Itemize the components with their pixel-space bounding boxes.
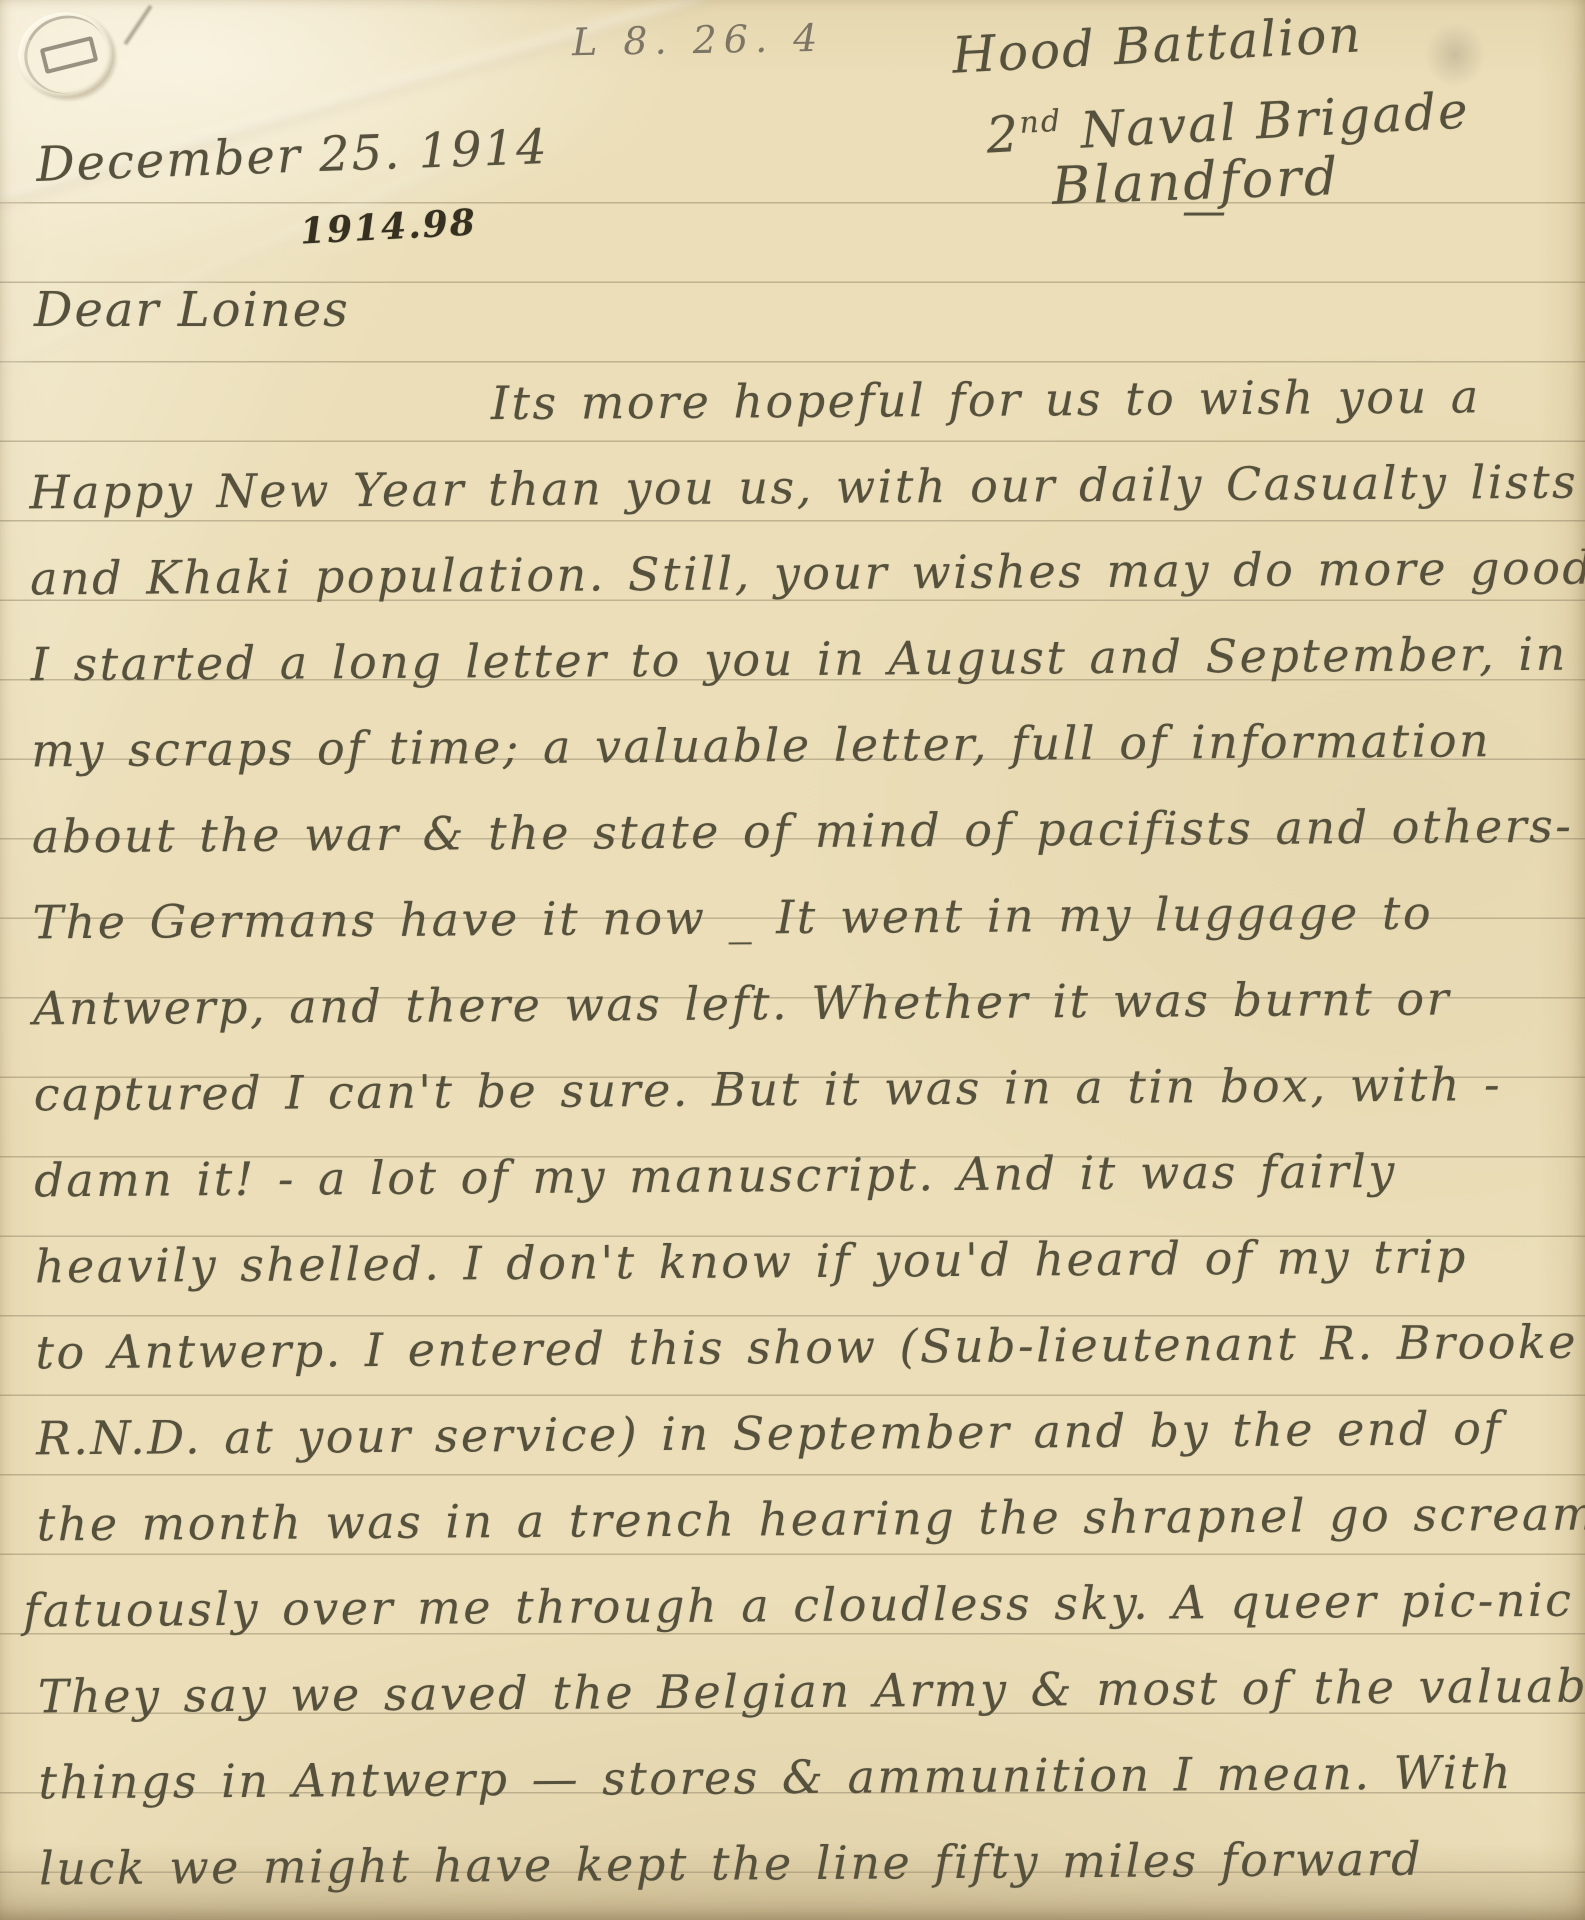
letterhead-brigade-number: 2 xyxy=(985,105,1022,165)
accession-number: 1914.98 xyxy=(299,201,478,252)
salutation: Dear Loines xyxy=(34,282,350,338)
ink-smudge xyxy=(1424,22,1486,88)
body-line: heavily shelled. I don't know if you'd h… xyxy=(35,1213,1581,1310)
body-line: about the war & the state of mind of pac… xyxy=(32,783,1578,880)
catalog-number: L 8. 26. 4 xyxy=(572,16,825,64)
body-line: I started a long letter to you in August… xyxy=(30,611,1576,708)
letter-body: Its more hopeful for us to wish you a Ha… xyxy=(29,353,1585,1912)
body-line: things in Antwerp — stores & ammunition … xyxy=(38,1729,1584,1826)
body-line: The Germans have it now _ It went in my … xyxy=(32,869,1578,966)
body-line: the month was in a trench hearing the sh… xyxy=(36,1471,1582,1568)
body-line: luck we might have kept the line fifty m… xyxy=(39,1815,1585,1912)
body-line: fatuously over me through a cloudless sk… xyxy=(23,1557,1583,1654)
paper-crease-mark xyxy=(123,5,152,45)
body-line: damn it! - a lot of my manuscript. And i… xyxy=(34,1127,1580,1224)
body-line: captured I can't be sure. But it was in … xyxy=(33,1041,1579,1138)
letter-page: L 8. 26. 4 Hood Battalion 2nd Naval Brig… xyxy=(0,0,1585,1920)
letterhead-battalion: Hood Battalion xyxy=(951,5,1364,84)
letterhead-brigade-ordinal: nd xyxy=(1019,104,1063,141)
body-line: to Antwerp. I entered this show (Sub-lie… xyxy=(35,1299,1581,1396)
letterhead-underline-dash: — xyxy=(1182,186,1226,237)
letter-date: December 25. 1914 xyxy=(35,119,549,193)
body-line: They say we saved the Belgian Army & mos… xyxy=(38,1643,1584,1740)
body-line: Its more hopeful for us to wish you a xyxy=(29,353,1575,450)
body-line: R.N.D. at your service) in September and… xyxy=(36,1385,1582,1482)
body-line: and Khaki population. Still, your wishes… xyxy=(30,525,1576,622)
body-line: Antwerp, and there was left. Whether it … xyxy=(33,955,1579,1052)
embossed-seal xyxy=(18,12,114,98)
body-line: my scraps of time; a valuable letter, fu… xyxy=(31,697,1577,794)
body-line: Happy New Year than you us, with our dai… xyxy=(29,439,1575,536)
